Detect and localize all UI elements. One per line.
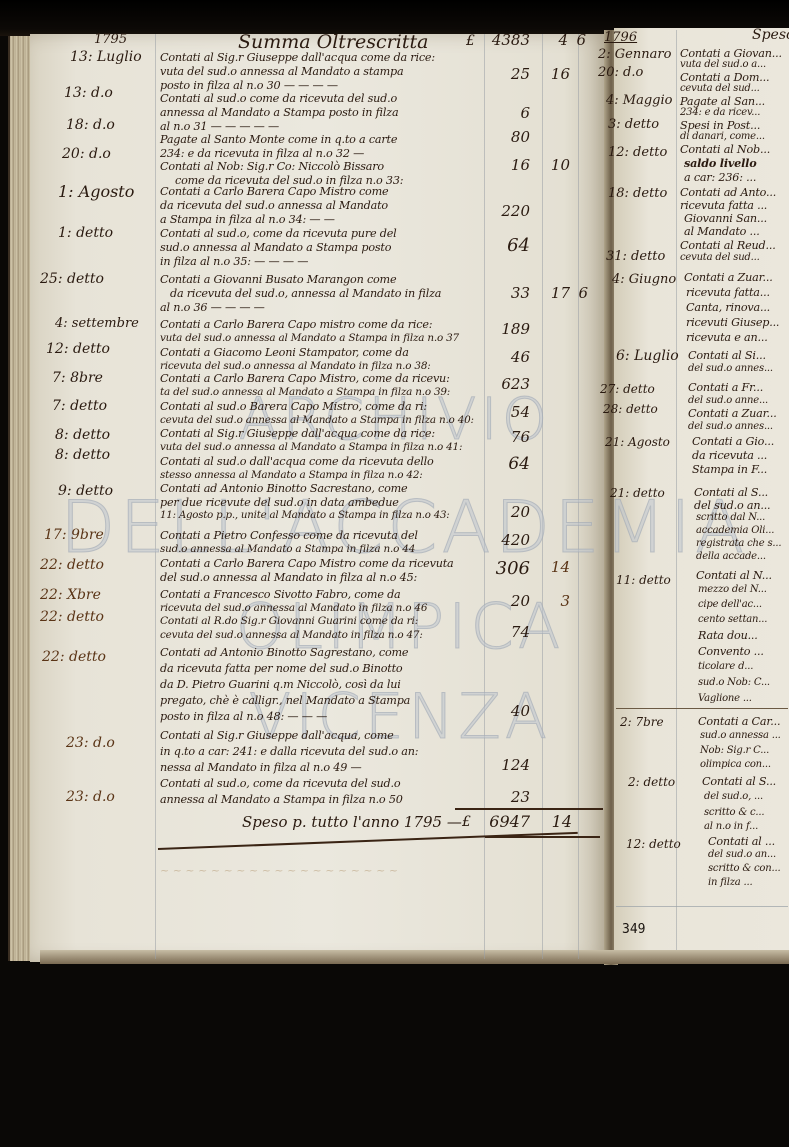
entry-line: ricevuta fatta... — [686, 287, 770, 298]
entry-date: 13: Luglio — [70, 50, 142, 64]
entry-lire: 16 — [490, 158, 530, 173]
entry-date: 2: Gennaro — [598, 48, 671, 61]
entry-line: Vaglione ... — [698, 694, 752, 704]
entry-line: olimpica con... — [700, 760, 771, 770]
bleed-through-text: ~ ~ ~ ~ ~ ~ ~ ~ ~ ~ ~ ~ ~ ~ ~ ~ ~ ~ ~ — [160, 865, 398, 876]
entry-line: Spesi in Post... — [680, 120, 760, 131]
entry-line: sud.o annessa al Mandato a Stampa posto — [160, 242, 391, 253]
entry-soldi: 10 — [546, 158, 570, 173]
entry-line: sud.o annessa al Mandato a Stampa in fil… — [160, 544, 415, 554]
entry-lire: 306 — [490, 560, 530, 578]
entry-date: 20: d.o — [62, 147, 111, 161]
entry-line: Contati al Nob... — [680, 144, 770, 155]
entry-line: registrata che s... — [696, 539, 781, 549]
right-rule — [616, 708, 788, 709]
entry-line: Contati a Carlo Barera Capo Mistro, come… — [160, 373, 450, 384]
total-soldi: 14 — [548, 814, 572, 830]
entry-lire: 64 — [490, 237, 530, 255]
entry-line: Canta, rinova... — [686, 302, 770, 313]
entry-line: ta del sud.o annessa al Mandato a Stampa… — [160, 387, 450, 397]
carried-soldi: 4 — [548, 33, 568, 48]
entry-denari: 6 — [574, 286, 588, 301]
entry-date: 21: detto — [610, 487, 665, 499]
entry-lire: 25 — [490, 67, 530, 82]
entry-line: Contati a Dom... — [680, 72, 769, 83]
entry-line: del sud.o, ... — [704, 792, 763, 802]
entry-line: della accade... — [696, 552, 766, 562]
entry-line: in filza al n.o 35: — — — — — [160, 256, 308, 267]
entry-line: vuta del sud.o a... — [680, 60, 766, 70]
entry-line: cevuta del sud... — [680, 253, 760, 263]
carried-lire: 4383 — [484, 33, 530, 48]
total-mark: £ — [462, 815, 471, 829]
entry-line: Contati a Car... — [698, 716, 780, 727]
entry-line: 234: e da ricevuta in filza al n.o 32 — — [160, 148, 364, 159]
entry-line: Contati al S... — [694, 487, 768, 498]
entry-soldi: 17 — [546, 286, 570, 301]
entry-line: Contati ad Antonio Binotto Sacrestano, c… — [160, 483, 407, 494]
entry-line: annessa al Mandato a Stampa posto in fil… — [160, 107, 398, 118]
entry-line: Contati a Francesco Sivotto Fabro, come … — [160, 589, 401, 600]
entry-line: sud.o annessa ... — [700, 731, 781, 741]
entry-line: 234: e da ricev... — [680, 108, 760, 118]
entry-line: del sud.o an... — [694, 500, 770, 511]
entry-line: del sud.o an... — [708, 850, 776, 860]
entry-line: posto in filza al n.o 30 — — — — — [160, 80, 338, 91]
entry-line: Contati a Zuar... — [688, 408, 777, 419]
entry-line: accademia Oli... — [696, 526, 774, 536]
entry-line: Contati a Carlo Barera Capo Mistro come — [160, 186, 388, 197]
entry-line: Contati al S... — [702, 776, 776, 787]
entry-lire: 46 — [490, 350, 530, 365]
entry-date: 4: settembre — [55, 317, 139, 330]
folio-number: 349 — [622, 922, 645, 937]
entry-lire: 20 — [490, 505, 530, 520]
entry-line: a car: 236: ... — [684, 172, 756, 183]
entry-line: per due ricevute del sud.o in data ambed… — [160, 497, 399, 508]
left-header: Summa Oltrescritta — [238, 33, 428, 52]
entry-line: ricevuta del sud.o annessa al Mandato in… — [160, 603, 427, 613]
right-header: Speso — [752, 28, 789, 42]
entry-date: 22: detto — [42, 650, 106, 664]
entry-line: scritto & c... — [704, 808, 764, 818]
entry-lire: 74 — [490, 625, 530, 640]
entry-date: 4: Maggio — [606, 94, 672, 107]
entry-line: del sud.o annes... — [688, 364, 773, 374]
entry-date: 27: detto — [600, 383, 655, 395]
entry-line: vuta del sud.o annessa al Mandato a Stam… — [160, 333, 459, 343]
entry-line: di danari, come... — [680, 132, 765, 142]
entry-line: al n.o 31 — — — — — — [160, 121, 279, 132]
entry-line: vuta del sud.o annessa al Mandato a Stam… — [160, 442, 462, 452]
entry-line: Pagate al Santo Monte come in q.to a car… — [160, 134, 397, 145]
entry-date: 20: d.o — [598, 66, 643, 79]
entry-line: Contati al Sig.r Giuseppe dall'acqua, co… — [160, 730, 394, 741]
entry-date: 23: d.o — [66, 736, 115, 750]
entry-line: cipe dell'ac... — [698, 600, 762, 610]
entry-date: 6: Luglio — [616, 349, 679, 363]
entry-line: Contati al Si... — [688, 350, 766, 361]
entry-line: ricevuta e an... — [686, 332, 768, 343]
entry-lire: 20 — [490, 594, 530, 609]
carried-denari: 6 — [574, 33, 586, 48]
entry-line: del sud.o anne... — [688, 396, 768, 406]
entry-line: ticolare d... — [698, 662, 753, 672]
ledger-photo: ARCHIVIO DELL'ACCADEMIA OLIMPICA VICENZA… — [0, 0, 789, 1147]
entry-date: 11: detto — [616, 574, 671, 586]
entry-line: da D. Pietro Guarini q.m Niccolò, così d… — [160, 679, 401, 690]
entry-line: posto in filza al n.o 48: — — — — [160, 711, 327, 722]
entry-line: Contati a Carlo Barera Capo Mistro come … — [160, 558, 453, 569]
entry-line: Contati a Giovanni Busato Marangon come — [160, 274, 396, 285]
entry-line: in q.to a car: 241: e dalla ricevuta del… — [160, 746, 418, 757]
entry-lire: 64 — [490, 456, 530, 473]
entry-date: 7: detto — [52, 399, 107, 413]
entry-line: Contati a Giovan... — [680, 48, 782, 59]
entry-lire: 54 — [490, 405, 530, 420]
entry-line: Giovanni San... — [684, 213, 767, 224]
entry-date: 8: detto — [55, 448, 110, 462]
entry-line: Pagate al San... — [680, 96, 765, 107]
entry-line: Nob: Sig.r C... — [700, 746, 769, 756]
entry-lire: 23 — [490, 790, 530, 805]
entry-lire: 623 — [490, 377, 530, 392]
entry-date: 18: d.o — [66, 118, 115, 132]
entry-line: Contati al sud.o, come da ricevuta del s… — [160, 778, 400, 789]
entry-date: 1: detto — [58, 226, 113, 240]
entry-line: saldo livello — [684, 158, 756, 169]
entry-line: cevuta del sud.o annessa al Mandato a St… — [160, 415, 474, 425]
entry-line: Contati a Carlo Barera Capo mistro come … — [160, 319, 432, 330]
entry-date: 1: Agosto — [58, 184, 134, 200]
entry-date: 4: Giugno — [612, 273, 676, 286]
total-lire: 6947 — [480, 814, 530, 830]
entry-date: 13: d.o — [64, 86, 113, 100]
entry-line: cevuta del sud... — [680, 84, 760, 94]
entry-date: 12: detto — [608, 146, 667, 159]
entry-line: al Mandato ... — [684, 226, 760, 237]
entry-line: annessa al Mandato a Stampa in filza n.o… — [160, 794, 403, 805]
entry-line: a Stampa in filza al n.o 34: — — — [160, 214, 335, 225]
entry-line: Contati al sud.o Barera Capo Mistro, com… — [160, 401, 427, 412]
entry-line: Contati al Nob: Sig.r Co: Niccolò Bissar… — [160, 161, 384, 172]
entry-date: 7: 8bre — [52, 371, 103, 385]
entry-line: Contati al sud.o, come da ricevuta pure … — [160, 228, 397, 239]
entry-lire: 80 — [490, 130, 530, 145]
entry-line: ricevuta del sud.o annessa al Mandato in… — [160, 361, 431, 371]
carried-mark: £ — [466, 34, 475, 48]
entry-date: 22: Xbre — [40, 588, 101, 602]
entry-soldi: 14 — [546, 560, 570, 575]
entry-lire: 33 — [490, 286, 530, 301]
entry-lire: 40 — [490, 704, 530, 719]
entry-line: cento settan... — [698, 615, 767, 625]
entry-line: cevuta del sud.o annessa al Mandato in f… — [160, 630, 423, 640]
entry-line: 11: Agosto p.p., unite al Mandato a Stam… — [160, 511, 450, 521]
entry-line: da ricevuta del sud.o annessa al Mandato — [160, 200, 388, 211]
entry-lire: 76 — [490, 430, 530, 445]
entry-date: 12: detto — [46, 342, 110, 356]
entry-line: stesso annessa al Mandato a Stampa in fi… — [160, 470, 423, 480]
entry-date: 18: detto — [608, 187, 667, 200]
entry-line: del sud.o annes... — [688, 422, 773, 432]
entry-date: 22: detto — [40, 558, 104, 572]
entry-line: Rata dou... — [698, 630, 758, 641]
entry-date: 22: detto — [40, 610, 104, 624]
entry-date: 2: detto — [628, 776, 675, 788]
entry-date: 2: 7bre — [620, 716, 664, 728]
entry-lire: 124 — [490, 758, 530, 773]
entry-soldi: 16 — [546, 67, 570, 82]
right-year: 1796 — [604, 31, 637, 44]
entry-date: 23: d.o — [66, 790, 115, 804]
entry-line: Contati a Gio... — [692, 436, 774, 447]
entry-line: Contati al sud.o come da ricevuta del su… — [160, 93, 397, 104]
entry-line: da ricevuta fatta per nome del sud.o Bin… — [160, 663, 402, 674]
total-rule-top — [455, 808, 603, 810]
entry-line: Contati al R.do Sig.r Giovanni Guarini c… — [160, 616, 418, 627]
entry-line: Contati a Pietro Confesso come da ricevu… — [160, 530, 418, 541]
entry-line: Contati al sud.o dall'acqua come da rice… — [160, 456, 434, 467]
entry-line: nessa al Mandato in filza al n.o 49 — — [160, 762, 361, 773]
entry-line: ricevuta fatta ... — [680, 200, 767, 211]
entry-line: scritto dal N... — [696, 513, 765, 523]
entry-line: Contati al Sig.r Giuseppe dall'acqua com… — [160, 428, 435, 439]
entry-lire: 6 — [490, 106, 530, 121]
entry-line: in filza ... — [708, 878, 752, 888]
left-year: 1795 — [94, 33, 127, 46]
entry-line: da ricevuta del sud.o, annessa al Mandat… — [170, 288, 441, 299]
entry-date: 9: detto — [58, 484, 113, 498]
entry-line: Contati al Reud... — [680, 240, 776, 251]
entry-date: 31: detto — [606, 250, 665, 263]
entry-date: 8: detto — [55, 428, 110, 442]
page-bottom-edge — [40, 950, 789, 964]
entry-line: Contati a Zuar... — [684, 272, 773, 283]
entry-lire: 189 — [490, 322, 530, 337]
entry-line: pregato, chè è calligr., nel Mandato a S… — [160, 695, 410, 706]
entry-line: Convento ... — [698, 646, 764, 657]
entry-line: scritto & con... — [708, 864, 780, 874]
entry-date: 3: detto — [608, 118, 659, 131]
entry-line: Contati al Sig.r Giuseppe dall'acqua com… — [160, 52, 435, 63]
entry-line: al n.o 36 — — — — — [160, 302, 265, 313]
total-label: Speso p. tutto l'anno 1795 — — [242, 815, 462, 830]
entry-line: vuta del sud.o annessa al Mandato a stam… — [160, 66, 403, 77]
right-bottom-rule — [616, 906, 788, 907]
entry-date: 28: detto — [603, 403, 658, 415]
entry-date: 21: Agosto — [605, 436, 670, 448]
entry-lire: 420 — [490, 533, 530, 548]
entry-line: del sud.o annessa al Mandato in filza al… — [160, 572, 417, 583]
entry-line: Stampa in F... — [692, 464, 767, 475]
entry-line: Contati ad Anto... — [680, 187, 776, 198]
entry-date: 17: 9bre — [44, 528, 104, 542]
entry-line: Contati al ... — [708, 836, 775, 847]
entry-line: mezzo del N... — [698, 585, 767, 595]
entry-line: Contati a Giacomo Leoni Stampator, come … — [160, 347, 409, 358]
entry-line: Contati a Fr... — [688, 382, 763, 393]
entry-line: Contati al N... — [696, 570, 772, 581]
entry-date: 25: detto — [40, 272, 104, 286]
entry-lire: 220 — [490, 204, 530, 219]
entry-date: 12: detto — [626, 838, 681, 850]
entry-line: al n.o in f... — [704, 822, 758, 832]
entry-line: sud.o Nob: C... — [698, 678, 770, 688]
entry-line: Contati ad Antonio Binotto Sagrestano, c… — [160, 647, 408, 658]
entry-line: da ricevuta ... — [692, 450, 767, 461]
entry-line: ricevuti Giusep... — [686, 317, 779, 328]
entry-soldi: 3 — [546, 594, 570, 609]
